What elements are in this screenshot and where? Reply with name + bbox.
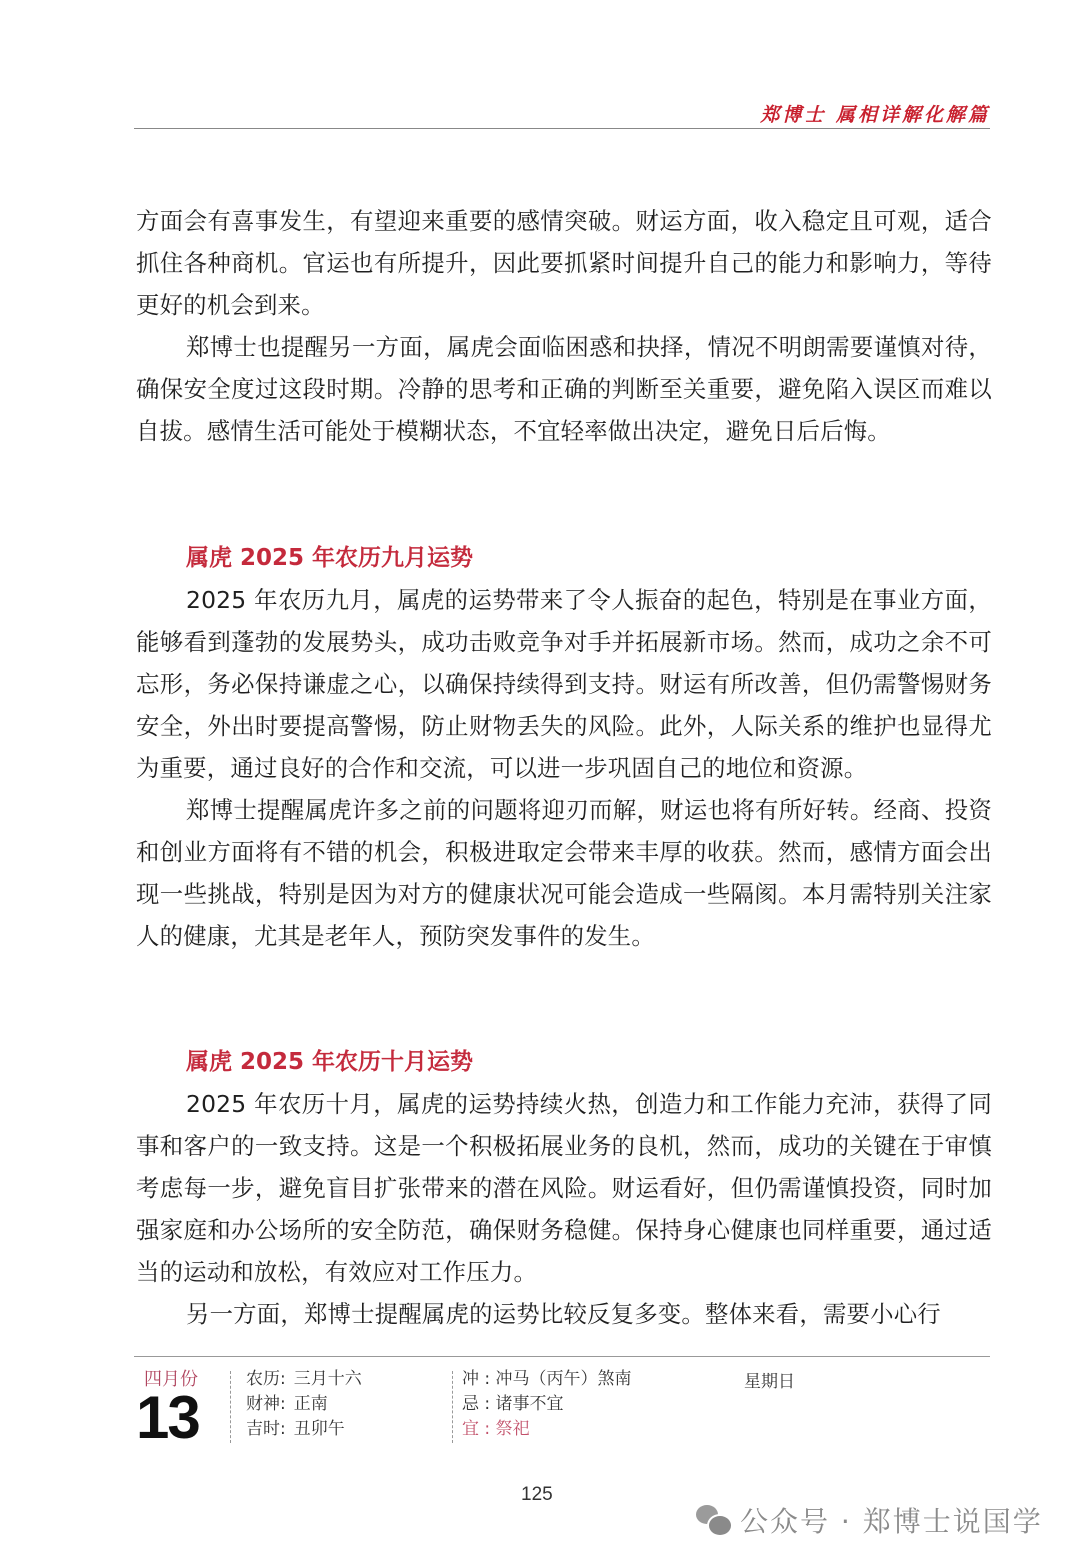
dashed-divider (230, 1371, 231, 1443)
header-divider (134, 128, 990, 129)
almanac-row-clash: 冲 : 冲马（丙午）煞南 (462, 1367, 632, 1392)
wechat-watermark: 公众号 · 郑博士说国学 (696, 1500, 1043, 1540)
paragraph: 郑博士也提醒另一方面，属虎会面临困惑和抉择，情况不明朗需要谨慎对待，确保安全度过… (136, 326, 992, 452)
running-header-title: 郑博士 属相详解化解篇 (760, 100, 990, 127)
footer-divider (134, 1356, 990, 1357)
paragraph: 另一方面，郑博士提醒属虎的运势比较反复多变。整体来看，需要小心行 (136, 1293, 992, 1335)
almanac-column-1: 农历:三月十六 财神:正南 吉时:丑卯午 (246, 1367, 362, 1442)
almanac-row-lunar: 农历:三月十六 (246, 1367, 362, 1392)
page-number: 125 (521, 1484, 553, 1506)
almanac-calendar-strip: 四月份 13 农历:三月十六 财神:正南 吉时:丑卯午 冲 : 冲马（丙午）煞南… (134, 1365, 990, 1445)
calendar-day: 13 (136, 1383, 199, 1452)
section-october: 属虎 2025 年农历十月运势 2025 年农历十月，属虎的运势持续火热，创造力… (136, 1041, 992, 1335)
paragraph: 2025 年农历九月，属虎的运势带来了令人振奋的起色，特别是在事业方面，能够看到… (136, 579, 992, 789)
almanac-row-suitable: 宜 : 祭祀 (462, 1417, 632, 1442)
almanac-column-2: 冲 : 冲马（丙午）煞南 忌 : 诸事不宜 宜 : 祭祀 (462, 1367, 632, 1442)
calendar-weekday: 星期日 (744, 1367, 795, 1392)
wechat-icon (696, 1505, 730, 1535)
almanac-row-avoid: 忌 : 诸事不宜 (462, 1392, 632, 1417)
paragraph: 2025 年农历十月，属虎的运势持续火热，创造力和工作能力充沛，获得了同事和客户… (136, 1083, 992, 1293)
paragraph: 方面会有喜事发生，有望迎来重要的感情突破。财运方面，收入稳定且可观，适合抓住各种… (136, 200, 992, 326)
dashed-divider (452, 1371, 453, 1443)
almanac-row-wealth-god: 财神:正南 (246, 1392, 362, 1417)
paragraph: 郑博士提醒属虎许多之前的问题将迎刃而解，财运也将有所好转。经商、投资和创业方面将… (136, 789, 992, 957)
almanac-row-lucky-hours: 吉时:丑卯午 (246, 1417, 362, 1442)
watermark-text: 公众号 · 郑博士说国学 (740, 1500, 1043, 1540)
section-heading: 属虎 2025 年农历十月运势 (186, 1041, 992, 1083)
section-heading: 属虎 2025 年农历九月运势 (186, 537, 992, 579)
intro-text: 方面会有喜事发生，有望迎来重要的感情突破。财运方面，收入稳定且可观，适合抓住各种… (136, 200, 992, 452)
section-september: 属虎 2025 年农历九月运势 2025 年农历九月，属虎的运势带来了令人振奋的… (136, 537, 992, 957)
